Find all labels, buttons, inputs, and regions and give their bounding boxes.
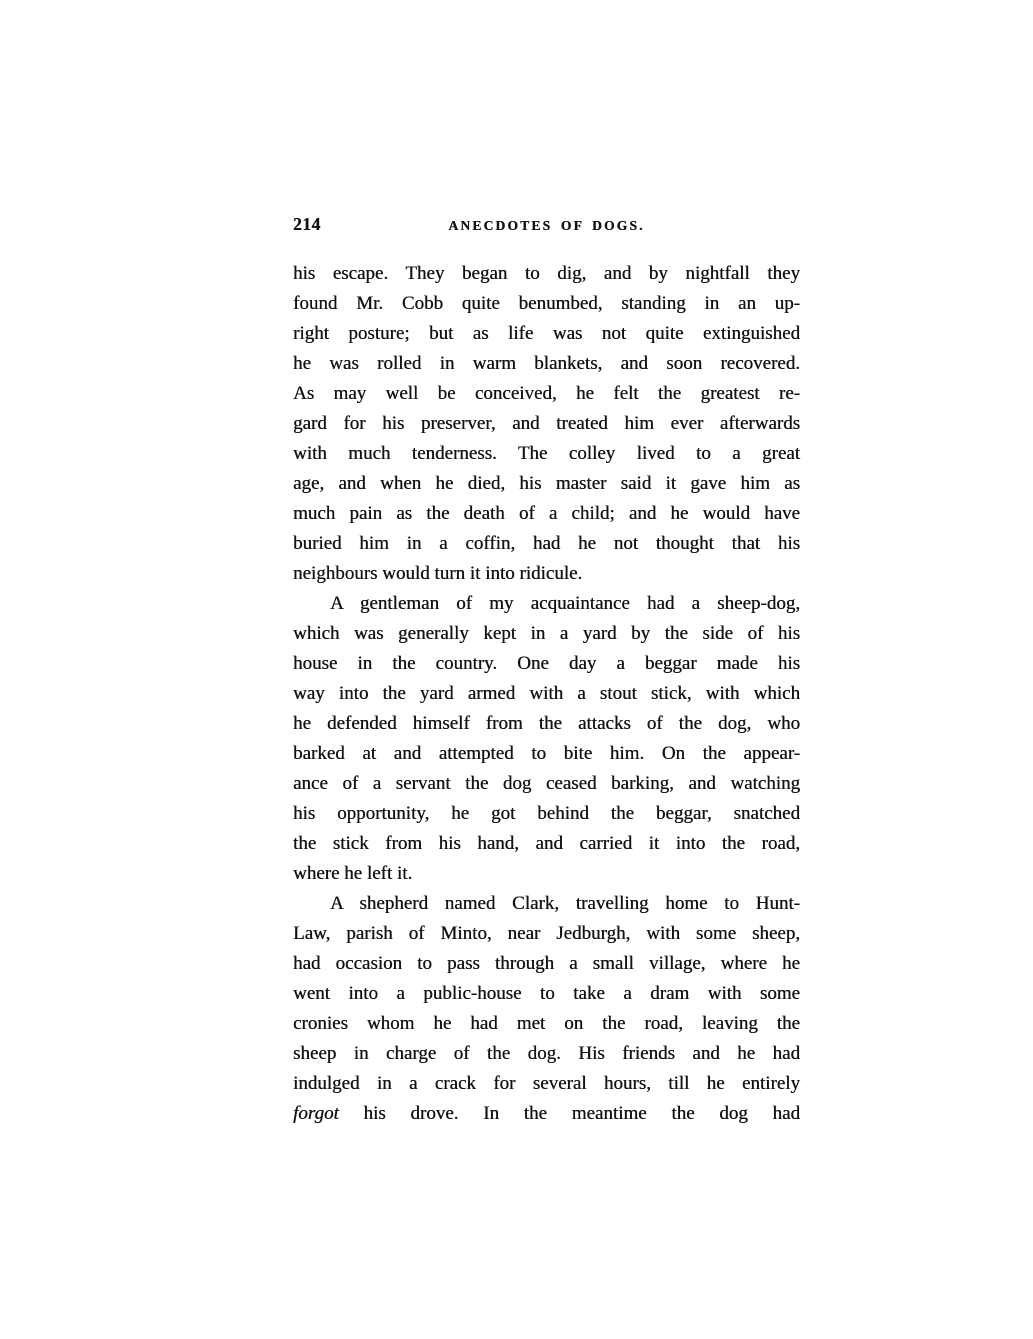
text-line: indulged in a crack for several hours, t… [293, 1069, 800, 1099]
text-line: with much tenderness. The colley lived t… [293, 439, 800, 469]
running-head: 214 ANECDOTES OF DOGS. [293, 214, 800, 236]
text-line: barked at and attempted to bite him. On … [293, 739, 800, 769]
book-page: 214 ANECDOTES OF DOGS. his escape. They … [0, 0, 1033, 1339]
text-line: A shepherd named Clark, travelling home … [293, 889, 800, 919]
text-line: his opportunity, he got behind the begga… [293, 799, 800, 829]
body-text: his escape. They began to dig, and by ni… [293, 259, 800, 1129]
text-line: much pain as the death of a child; and h… [293, 499, 800, 529]
text-line: neighbours would turn it into ridicule. [293, 559, 800, 589]
text-line: cronies whom he had met on the road, lea… [293, 1009, 800, 1039]
text-line: age, and when he died, his master said i… [293, 469, 800, 499]
text-line: he was rolled in warm blankets, and soon… [293, 349, 800, 379]
text-line: gard for his preserver, and treated him … [293, 409, 800, 439]
text-line: had occasion to pass through a small vil… [293, 949, 800, 979]
text-line: the stick from his hand, and carried it … [293, 829, 800, 859]
text-line: forgot his drove. In the meantime the do… [293, 1099, 800, 1129]
text-line: which was generally kept in a yard by th… [293, 619, 800, 649]
text-line: found Mr. Cobb quite benumbed, standing … [293, 289, 800, 319]
text-line: A gentleman of my acquaintance had a she… [293, 589, 800, 619]
italic-word: forgot [293, 1103, 339, 1124]
text-line: As may well be conceived, he felt the gr… [293, 379, 800, 409]
text-line: went into a public-house to take a dram … [293, 979, 800, 1009]
text-line: Law, parish of Minto, near Jedburgh, wit… [293, 919, 800, 949]
text-line: house in the country. One day a beggar m… [293, 649, 800, 679]
text-line: buried him in a coffin, had he not thoug… [293, 529, 800, 559]
text-line: he defended himself from the attacks of … [293, 709, 800, 739]
text-line: way into the yard armed with a stout sti… [293, 679, 800, 709]
text-line: his escape. They began to dig, and by ni… [293, 259, 800, 289]
running-header-title: ANECDOTES OF DOGS. [293, 218, 800, 234]
text-line: where he left it. [293, 859, 800, 889]
text-line: right posture; but as life was not quite… [293, 319, 800, 349]
text-line: ance of a servant the dog ceased barking… [293, 769, 800, 799]
text-line: sheep in charge of the dog. His friends … [293, 1039, 800, 1069]
